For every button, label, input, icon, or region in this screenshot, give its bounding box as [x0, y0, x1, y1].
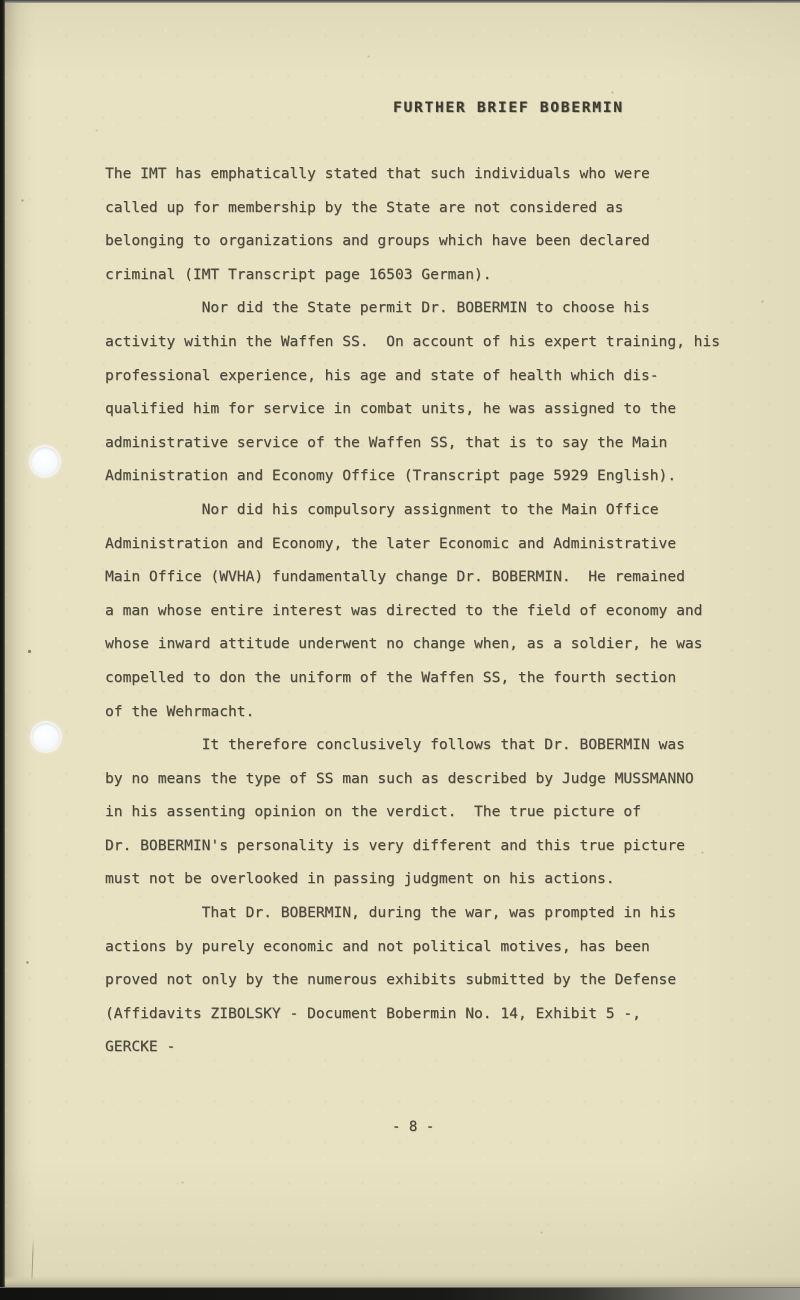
document-line: a man whose entire interest was directed… [105, 594, 755, 628]
scan-edge-bottom [0, 1287, 800, 1300]
document-title: FURTHER BRIEF BOBERMIN [393, 99, 624, 116]
page-number: - 8 - [392, 1119, 434, 1135]
document-line: by no means the type of SS man such as d… [105, 762, 755, 796]
scan-edge-top [0, 0, 800, 3]
document-line: activity within the Waffen SS. On accoun… [105, 325, 755, 359]
document-line: whose inward attitude underwent no chang… [105, 627, 755, 661]
document-line: That Dr. BOBERMIN, during the war, was p… [105, 896, 755, 930]
document-line: criminal (IMT Transcript page 16503 Germ… [105, 258, 755, 292]
document-line: in his assenting opinion on the verdict.… [105, 795, 755, 829]
document-line: of the Wehrmacht. [105, 695, 755, 729]
document-line: administrative service of the Waffen SS,… [105, 426, 755, 460]
paper-bottom-edge [0, 1276, 800, 1287]
document-line: Nor did the State permit Dr. BOBERMIN to… [105, 291, 755, 325]
document-line: It therefore conclusively follows that D… [105, 728, 755, 762]
document-line: Dr. BOBERMIN's personality is very diffe… [105, 829, 755, 863]
document-line: Nor did his compulsory assignment to the… [105, 493, 755, 527]
document-line: GERCKE - [105, 1030, 755, 1064]
document-line: (Affidavits ZIBOLSKY - Document Bobermin… [105, 997, 755, 1031]
document-line: Administration and Economy, the later Ec… [105, 527, 755, 561]
document-line: belonging to organizations and groups wh… [105, 224, 755, 258]
document-line: Main Office (WVHA) fundamentally change … [105, 560, 755, 594]
document-line: must not be overlooked in passing judgme… [105, 862, 755, 896]
punch-hole-top [31, 447, 59, 476]
document-line: Administration and Economy Office (Trans… [105, 459, 755, 493]
document-line: proved not only by the numerous exhibits… [105, 963, 755, 997]
document-line: actions by purely economic and not polit… [105, 930, 755, 964]
document-line: called up for membership by the State ar… [105, 191, 755, 225]
punch-hole-bottom [32, 723, 60, 751]
document-line: The IMT has emphatically stated that suc… [105, 157, 755, 191]
scan-edge-left [0, 0, 5, 1300]
document-line: qualified him for service in combat unit… [105, 392, 755, 426]
document-body: The IMT has emphatically stated that suc… [105, 157, 755, 1064]
scanned-document-page: FURTHER BRIEF BOBERMIN The IMT has empha… [0, 0, 800, 1300]
document-line: professional experience, his age and sta… [105, 359, 755, 393]
document-line: compelled to don the uniform of the Waff… [105, 661, 755, 695]
